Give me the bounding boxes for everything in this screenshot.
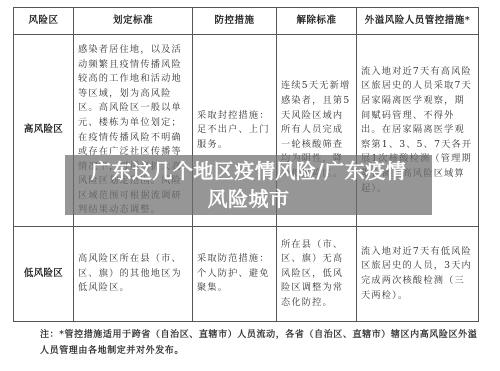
- header-spillover: 外溢风险人员管控措施*: [357, 8, 479, 35]
- header-risk-area: 风险区: [14, 8, 74, 35]
- header-lifting: 解除标准: [277, 8, 357, 35]
- lifting-cell: 所在县（市、区、旗）无高风险区，低风险区调整为常态化防控。: [277, 227, 357, 322]
- table-footnote: 注：*管控措施适用于跨省（自治区、直辖市）人员流动，各省（自治区、直辖市）辖区内…: [40, 327, 485, 359]
- spillover-cell: 流入地对近7天有低风险区旅居史的人员，3天内完成两次核酸检测（三天两检）。: [357, 227, 479, 322]
- table-header-row: 风险区 划定标准 防控措施 解除标准 外溢风险人员管控措施*: [14, 8, 479, 35]
- measures-cell: 采取防范措施：个人防护、避免聚集。: [193, 227, 277, 322]
- overlay-title-line1: 广东这几个地区疫情风险/广东疫情: [65, 157, 432, 185]
- header-measures: 防控措施: [193, 8, 277, 35]
- overlay-title-line2: 风险城市: [65, 185, 432, 213]
- header-criteria: 划定标准: [74, 8, 193, 35]
- criteria-cell: 高风险区所在县（市、区、旗）的其他地区为低风险区。: [74, 227, 193, 322]
- title-overlay: 广东这几个地区疫情风险/广东疫情 风险城市: [65, 157, 432, 213]
- risk-area-cell: 低风险区: [14, 227, 74, 322]
- table-row: 低风险区 高风险区所在县（市、区、旗）的其他地区为低风险区。 采取防范措施：个人…: [14, 227, 479, 322]
